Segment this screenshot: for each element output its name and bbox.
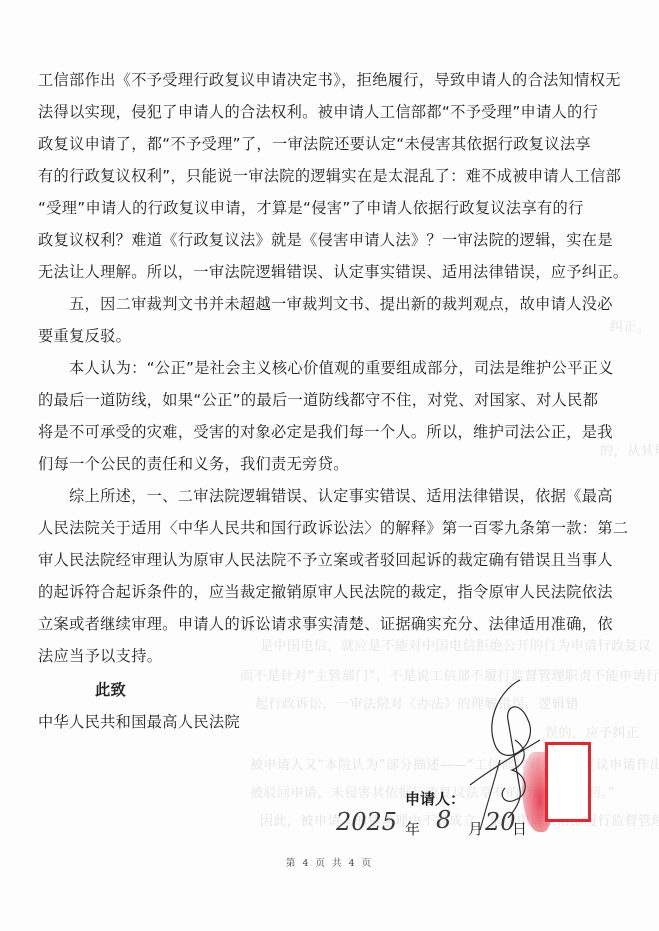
opinion-line: 们每一个公民的责任和义务，我们责无旁贷。 (38, 454, 623, 474)
opinion-line: 将是不可承受的灾难，受害的对象必定是我们每一个人。所以，维护司法公正，是我 (38, 422, 623, 442)
bleed-through-text: 被申请人又“本院认为”部分描述——“工信部针对申请的复议申请作出的 (250, 754, 659, 773)
year-label: 年 (405, 818, 420, 839)
conclusion-line: 法应当予以支持。 (38, 646, 623, 666)
body-line: 法得以实现，侵犯了申请人的合法权利。被申请人工信部都“不予受理”申请人的行 (38, 102, 623, 122)
body-line: 政复议权利？难道《行政复议法》就是《侵害申请人法》？一审法院的逻辑，实在是 (38, 230, 623, 250)
conclusion-line: 综上所述，一、二审法院逻辑错误、认定事实错误、适用法律错误，依据《最高 (69, 486, 654, 506)
page-number-footer: 第 4 页 共 4 页 (0, 855, 659, 869)
point-five-line: 五，因二审裁判文书并未超越一审裁判文书、提出新的裁判观点，故申请人没必 (69, 294, 654, 314)
redacted-name-box (545, 742, 591, 822)
conclusion-line: 审人民法院经审理认为原审人民法院不予立案或者驳回起诉的裁定确有错误且当事人 (38, 550, 623, 570)
applicant-label: 申请人： (405, 788, 465, 809)
document-page: 纠正。 的，从其规定。” 是中国电信，就应是不能对中国电信拒绝公开的行为申请行政… (0, 0, 659, 931)
body-line: 工信部作出《不予受理行政复议申请决定书》，拒绝履行，导致申请人的合法知情权无 (38, 70, 623, 90)
month-label: 月 (468, 818, 483, 839)
opinion-line: 本人认为：“公正”是社会主义核心价值观的重要组成部分，司法是维护公平正义 (69, 358, 654, 378)
bleed-through-text: 因此，被申请人的请求理由不能成立，依法申请工信部履行监督管理职责， (260, 810, 659, 829)
body-line: 有的行政复议权利”，只能说一审法院的逻辑实在是太混乱了：难不成被申请人工信部 (38, 166, 623, 186)
opinion-line: 的最后一道防线，如果“公正”的最后一道防线都守不住，对党、对国家、对人民都 (38, 390, 623, 410)
conclusion-line: 人民法院关于适用〈中华人民共和国行政诉讼法〉的解释》第一百零九条第一款：第二 (38, 518, 623, 538)
body-line: 政复议申请了，都“不予受理”了，一审法院还要认定“未侵害其依据行政复议法享 (38, 134, 623, 154)
body-line: 无法让人理解。所以，一审法院逻辑错误、认定事实错误、适用法律错误，应予纠正。 (38, 262, 623, 282)
day-label: 日 (512, 818, 527, 839)
body-line: “受理”申请人的行政复议申请，才算是“侵害”了申请人依据行政复议法享有的行 (38, 198, 623, 218)
handwritten-day: 20 (485, 808, 516, 836)
handwritten-year: 2025 (336, 808, 397, 836)
conclusion-line: 立案或者继续审理。申请人的诉讼请求事实清楚、证据确实充分、法律适用准确，依 (38, 614, 623, 634)
closing-salutation: 此致 (95, 680, 659, 700)
conclusion-line: 的起诉符合起诉条件的，应当裁定撤销原审人民法院的裁定，指令原审人民法院依法 (38, 582, 623, 602)
point-five-line: 要重复反驳。 (38, 326, 623, 346)
addressee: 中华人民共和国最高人民法院 (38, 712, 623, 732)
handwritten-month: 8 (436, 806, 451, 834)
